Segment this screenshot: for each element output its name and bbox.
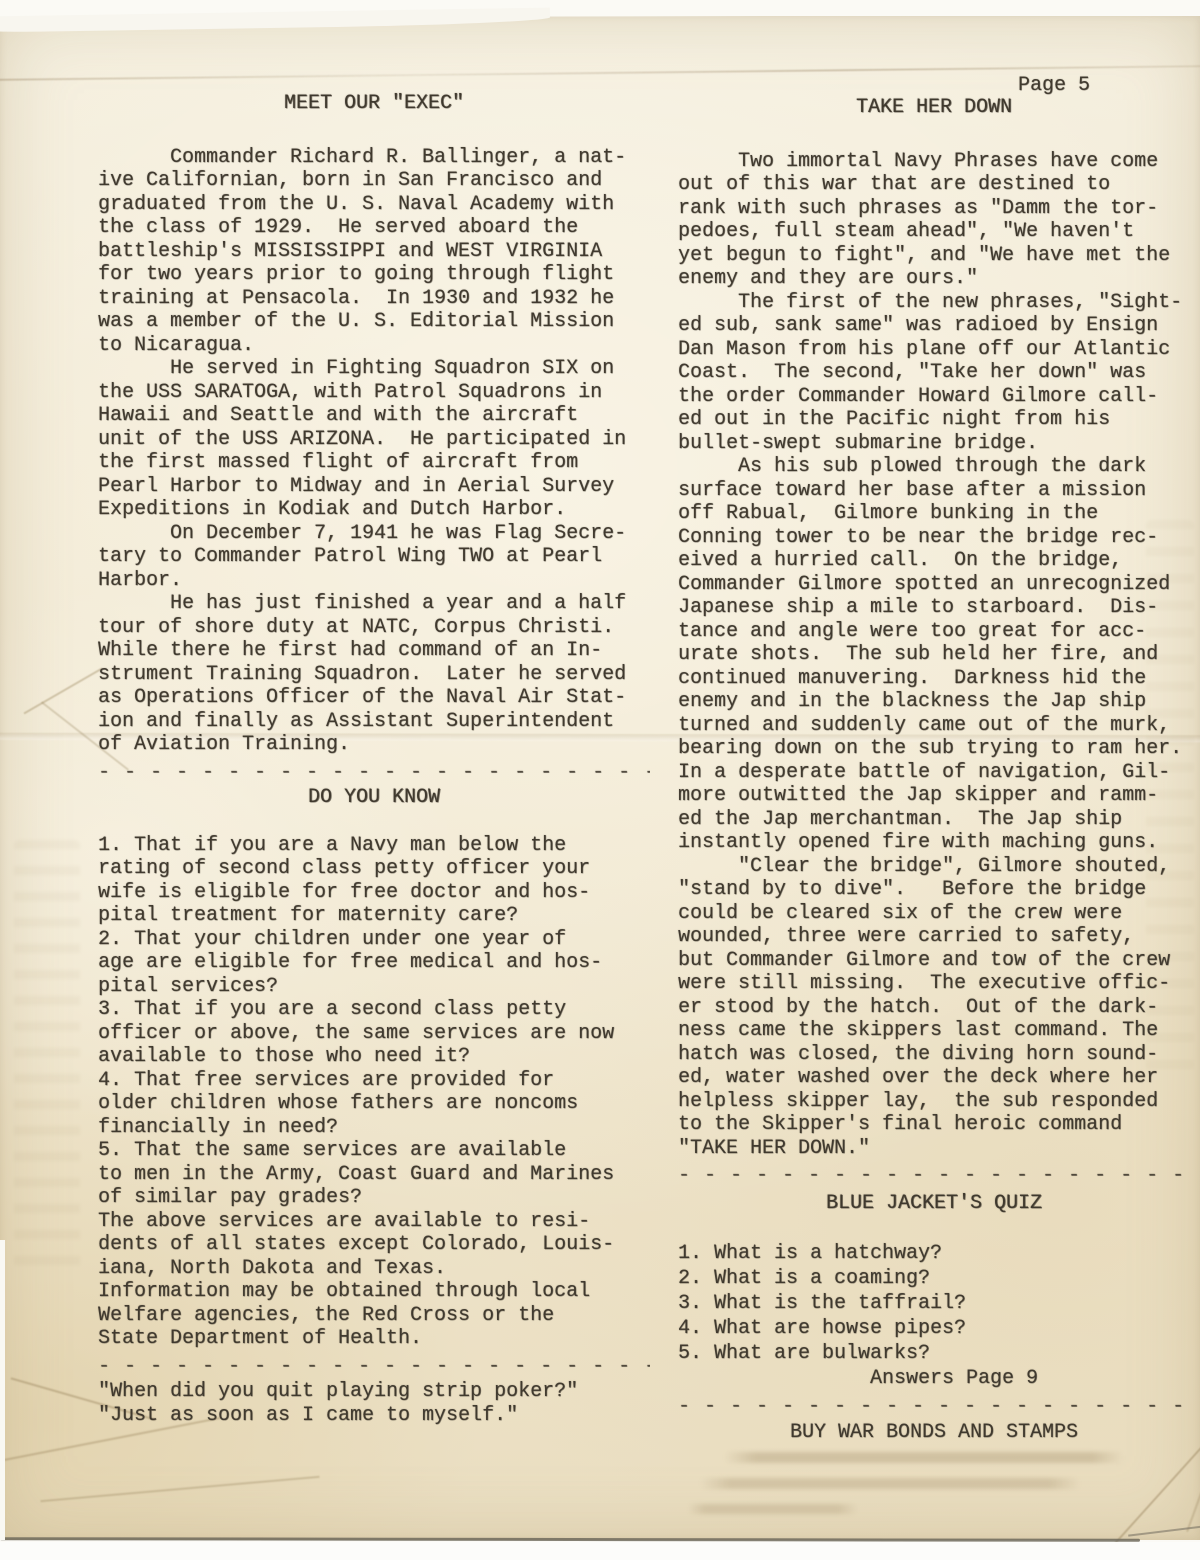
article-paragraph: Commander Richard R. Ballinger, a nat- i… <box>98 146 650 358</box>
scanned-newsletter-page: Page 5 MEET OUR "EXEC" Commander Richard… <box>0 0 1200 1560</box>
right-column: TAKE HER DOWN Two immortal Navy Phrases … <box>678 96 1190 1444</box>
article-heading-take-her-down: TAKE HER DOWN <box>678 96 1190 120</box>
quiz-questions: 1. What is a hatchway? 2. What is a coam… <box>678 1241 1190 1366</box>
quiz-answers-note: Answers Page 9 <box>678 1366 1190 1391</box>
left-column: MEET OUR "EXEC" Commander Richard R. Bal… <box>98 92 650 1427</box>
page-number: Page 5 <box>1018 74 1090 97</box>
article-paragraph: The first of the new phrases, "Sight- ed… <box>678 291 1190 456</box>
article-heading-meet-our-exec: MEET OUR "EXEC" <box>98 92 650 116</box>
scan-edge-bottom <box>0 1542 1200 1560</box>
do-you-know-list: 1. That if you are a Navy man below the … <box>98 834 650 1351</box>
article-paragraph: "Clear the bridge", Gilmore shouted, "st… <box>678 855 1190 1161</box>
section-heading-do-you-know: DO YOU KNOW <box>98 786 650 810</box>
dashed-divider: - - - - - - - - - - - - - - - - - - - - <box>678 1164 1190 1188</box>
joke-text: "When did you quit playing strip poker?"… <box>98 1380 650 1427</box>
article-paragraph: He served in Fighting Squadron SIX on th… <box>98 357 650 522</box>
scan-edge-left <box>0 1240 5 1540</box>
dashed-divider: - - - - - - - - - - - - - - - - - - - - … <box>98 761 650 785</box>
war-bonds-slogan: BUY WAR BONDS AND STAMPS <box>678 1421 1190 1445</box>
article-paragraph: As his sub plowed through the dark surfa… <box>678 455 1190 855</box>
dashed-divider: - - - - - - - - - - - - - - - - - - - - … <box>98 1355 650 1379</box>
dashed-divider: - - - - - - - - - - - - - - - - - - - - <box>678 1395 1190 1419</box>
article-paragraph: On December 7, 1941 he was Flag Secre- t… <box>98 522 650 593</box>
section-heading-blue-jackets-quiz: BLUE JACKET'S QUIZ <box>678 1192 1190 1216</box>
article-paragraph: He has just finished a year and a half t… <box>98 592 650 757</box>
article-paragraph: Two immortal Navy Phrases have come out … <box>678 150 1190 291</box>
